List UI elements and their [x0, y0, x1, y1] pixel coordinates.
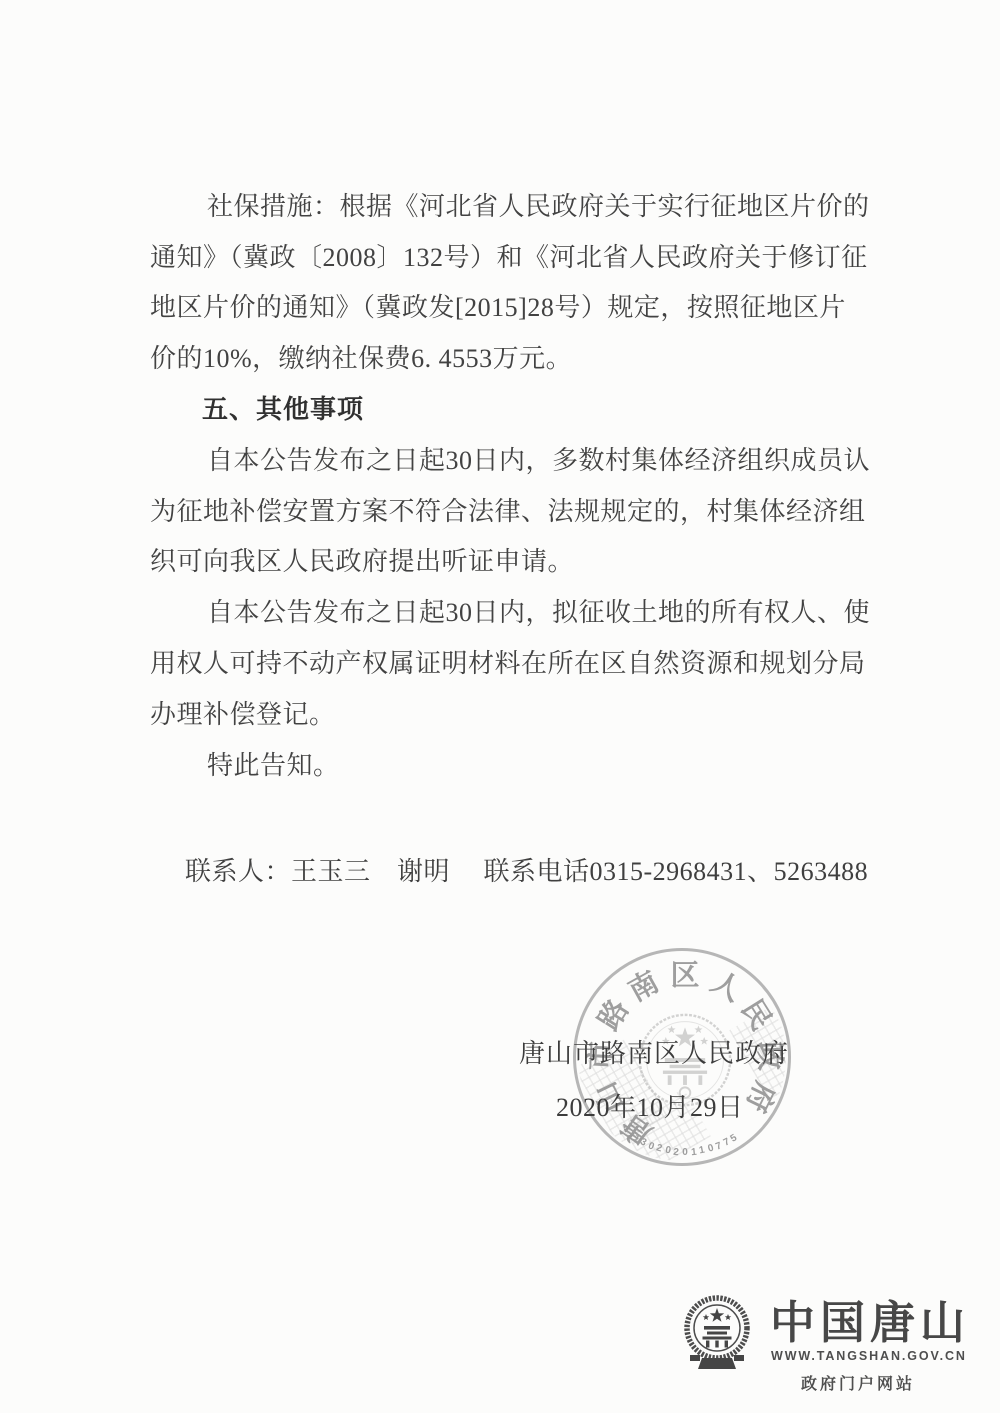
- site-name: 中国唐山: [770, 1286, 970, 1351]
- doc-line: 通知》（冀政〔2008〕132号）和《河北省人民政府关于修订征: [150, 230, 870, 281]
- signature-issuer: 唐山市路南区人民政府: [519, 1033, 789, 1070]
- contact-line: 联系人：王玉三 谢明 联系电话0315-2968431、5263488: [185, 851, 868, 888]
- doc-line: 自本公告发布之日起30日内，拟征收土地的所有权人、使: [150, 585, 870, 636]
- doc-line: 办理补偿登记。: [150, 687, 870, 738]
- doc-line: 价的10%，缴纳社保费6. 4553万元。: [150, 331, 870, 382]
- signature-date: 2020年10月29日: [556, 1087, 744, 1124]
- site-url: WWW.TANGSHAN.GOV.CN: [771, 1349, 967, 1363]
- site-tagline: 政府门户网站: [801, 1371, 915, 1394]
- doc-line: 用权人可持不动产权属证明材料在所在区自然资源和规划分局: [150, 636, 870, 687]
- doc-line: 地区片价的通知》（冀政发[2015]28号）规定，按照征地区片: [150, 281, 870, 332]
- doc-line: 织可向我区人民政府提出听证申请。: [150, 535, 870, 586]
- seal-arc-char: 区: [669, 960, 701, 992]
- doc-line: 特此告知。: [150, 738, 870, 789]
- document-body: 社保措施：根据《河北省人民政府关于实行征地区片价的通知》（冀政〔2008〕132…: [150, 179, 870, 789]
- doc-line: 自本公告发布之日起30日内，多数村集体经济组织成员认: [150, 433, 870, 484]
- doc-line: 社保措施：根据《河北省人民政府关于实行征地区片价的: [150, 179, 870, 230]
- china-emblem-icon: [682, 1294, 752, 1372]
- scanned-notice-page: 社保措施：根据《河北省人民政府关于实行征地区片价的通知》（冀政〔2008〕132…: [0, 0, 1000, 1413]
- section-heading: 五、其他事项: [150, 382, 870, 433]
- doc-line: 为征地补偿安置方案不符合法律、法规规定的，村集体经济组: [150, 484, 870, 535]
